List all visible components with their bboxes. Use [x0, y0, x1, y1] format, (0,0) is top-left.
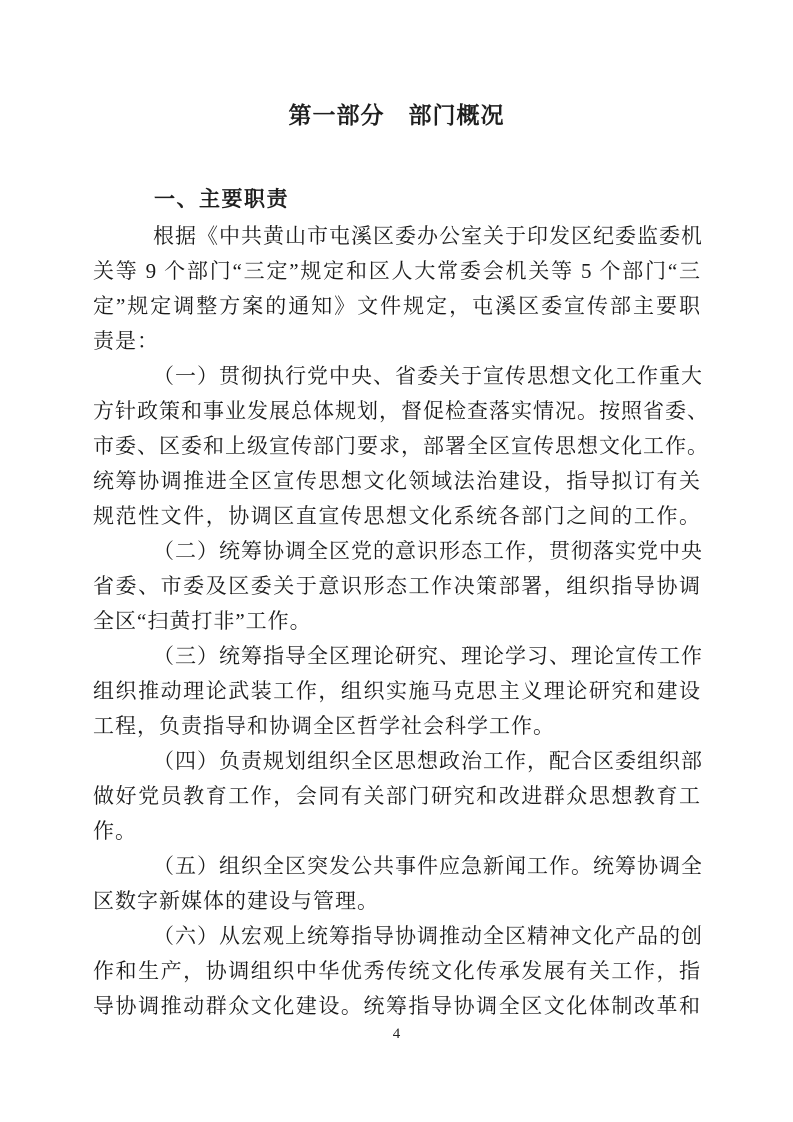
text-line: 组织推动理论武装工作，组织实施马克思主义理论研究和建设 — [93, 674, 701, 709]
text-line: 责是： — [93, 324, 701, 359]
text-line: 市委、区委和上级宣传部门要求，部署全区宣传思想文化工作。 — [93, 429, 701, 464]
text-line: （五）组织全区突发公共事件应急新闻工作。统筹协调全 — [93, 849, 701, 884]
text-line: 统筹协调推进全区宣传思想文化领域法治建设，指导拟订有关 — [93, 464, 701, 499]
text-line: 根据《中共黄山市屯溪区委办公室关于印发区纪委监委机 — [93, 219, 701, 254]
page-title: 第一部分 部门概况 — [0, 100, 793, 131]
text-line: （三）统筹指导全区理论研究、理论学习、理论宣传工作， — [93, 639, 701, 674]
text-line: 作。 — [93, 814, 701, 849]
paragraph: （五）组织全区突发公共事件应急新闻工作。统筹协调全区数字新媒体的建设与管理。 — [93, 849, 701, 919]
text-line: 关等 9 个部门“三定”规定和区人大常委会机关等 5 个部门“三 — [93, 254, 701, 289]
text-line: 区数字新媒体的建设与管理。 — [93, 884, 701, 919]
text-line: （一）贯彻执行党中央、省委关于宣传思想文化工作重大 — [93, 359, 701, 394]
text-line: 全区“扫黄打非”工作。 — [93, 604, 701, 639]
text-line: 定”规定调整方案的通知》文件规定，屯溪区委宣传部主要职 — [93, 289, 701, 324]
document-page: 第一部分 部门概况 一、主要职责 根据《中共黄山市屯溪区委办公室关于印发区纪委监… — [0, 0, 793, 1122]
paragraph: （一）贯彻执行党中央、省委关于宣传思想文化工作重大方针政策和事业发展总体规划，督… — [93, 359, 701, 534]
text-line: 方针政策和事业发展总体规划，督促检查落实情况。按照省委、 — [93, 394, 701, 429]
paragraph: （六）从宏观上统筹指导协调推动全区精神文化产品的创作和生产，协调组织中华优秀传统… — [93, 919, 701, 1024]
text-line: 导协调推动群众文化建设。统筹指导协调全区文化体制改革和 — [93, 989, 701, 1024]
paragraph: 根据《中共黄山市屯溪区委办公室关于印发区纪委监委机关等 9 个部门“三定”规定和… — [93, 219, 701, 359]
text-line: 省委、市委及区委关于意识形态工作决策部署，组织指导协调 — [93, 569, 701, 604]
text-line: （四）负责规划组织全区思想政治工作，配合区委组织部 — [93, 744, 701, 779]
text-line: 作和生产，协调组织中华优秀传统文化传承发展有关工作，指 — [93, 954, 701, 989]
text-line: 工程，负责指导和协调全区哲学社会科学工作。 — [93, 709, 701, 744]
paragraph: （二）统筹协调全区党的意识形态工作，贯彻落实党中央、省委、市委及区委关于意识形态… — [93, 534, 701, 639]
section-heading: 一、主要职责 — [93, 182, 701, 217]
text-line: 规范性文件，协调区直宣传思想文化系统各部门之间的工作。 — [93, 499, 701, 534]
paragraph: （三）统筹指导全区理论研究、理论学习、理论宣传工作，组织推动理论武装工作，组织实… — [93, 639, 701, 744]
paragraph: （四）负责规划组织全区思想政治工作，配合区委组织部做好党员教育工作，会同有关部门… — [93, 744, 701, 849]
page-number: 4 — [0, 1024, 793, 1044]
content-column: 一、主要职责 根据《中共黄山市屯溪区委办公室关于印发区纪委监委机关等 9 个部门… — [93, 182, 701, 1024]
text-line: （二）统筹协调全区党的意识形态工作，贯彻落实党中央、 — [93, 534, 701, 569]
text-line: 做好党员教育工作，会同有关部门研究和改进群众思想教育工 — [93, 779, 701, 814]
text-line: （六）从宏观上统筹指导协调推动全区精神文化产品的创 — [93, 919, 701, 954]
body-text: 根据《中共黄山市屯溪区委办公室关于印发区纪委监委机关等 9 个部门“三定”规定和… — [93, 219, 701, 1024]
